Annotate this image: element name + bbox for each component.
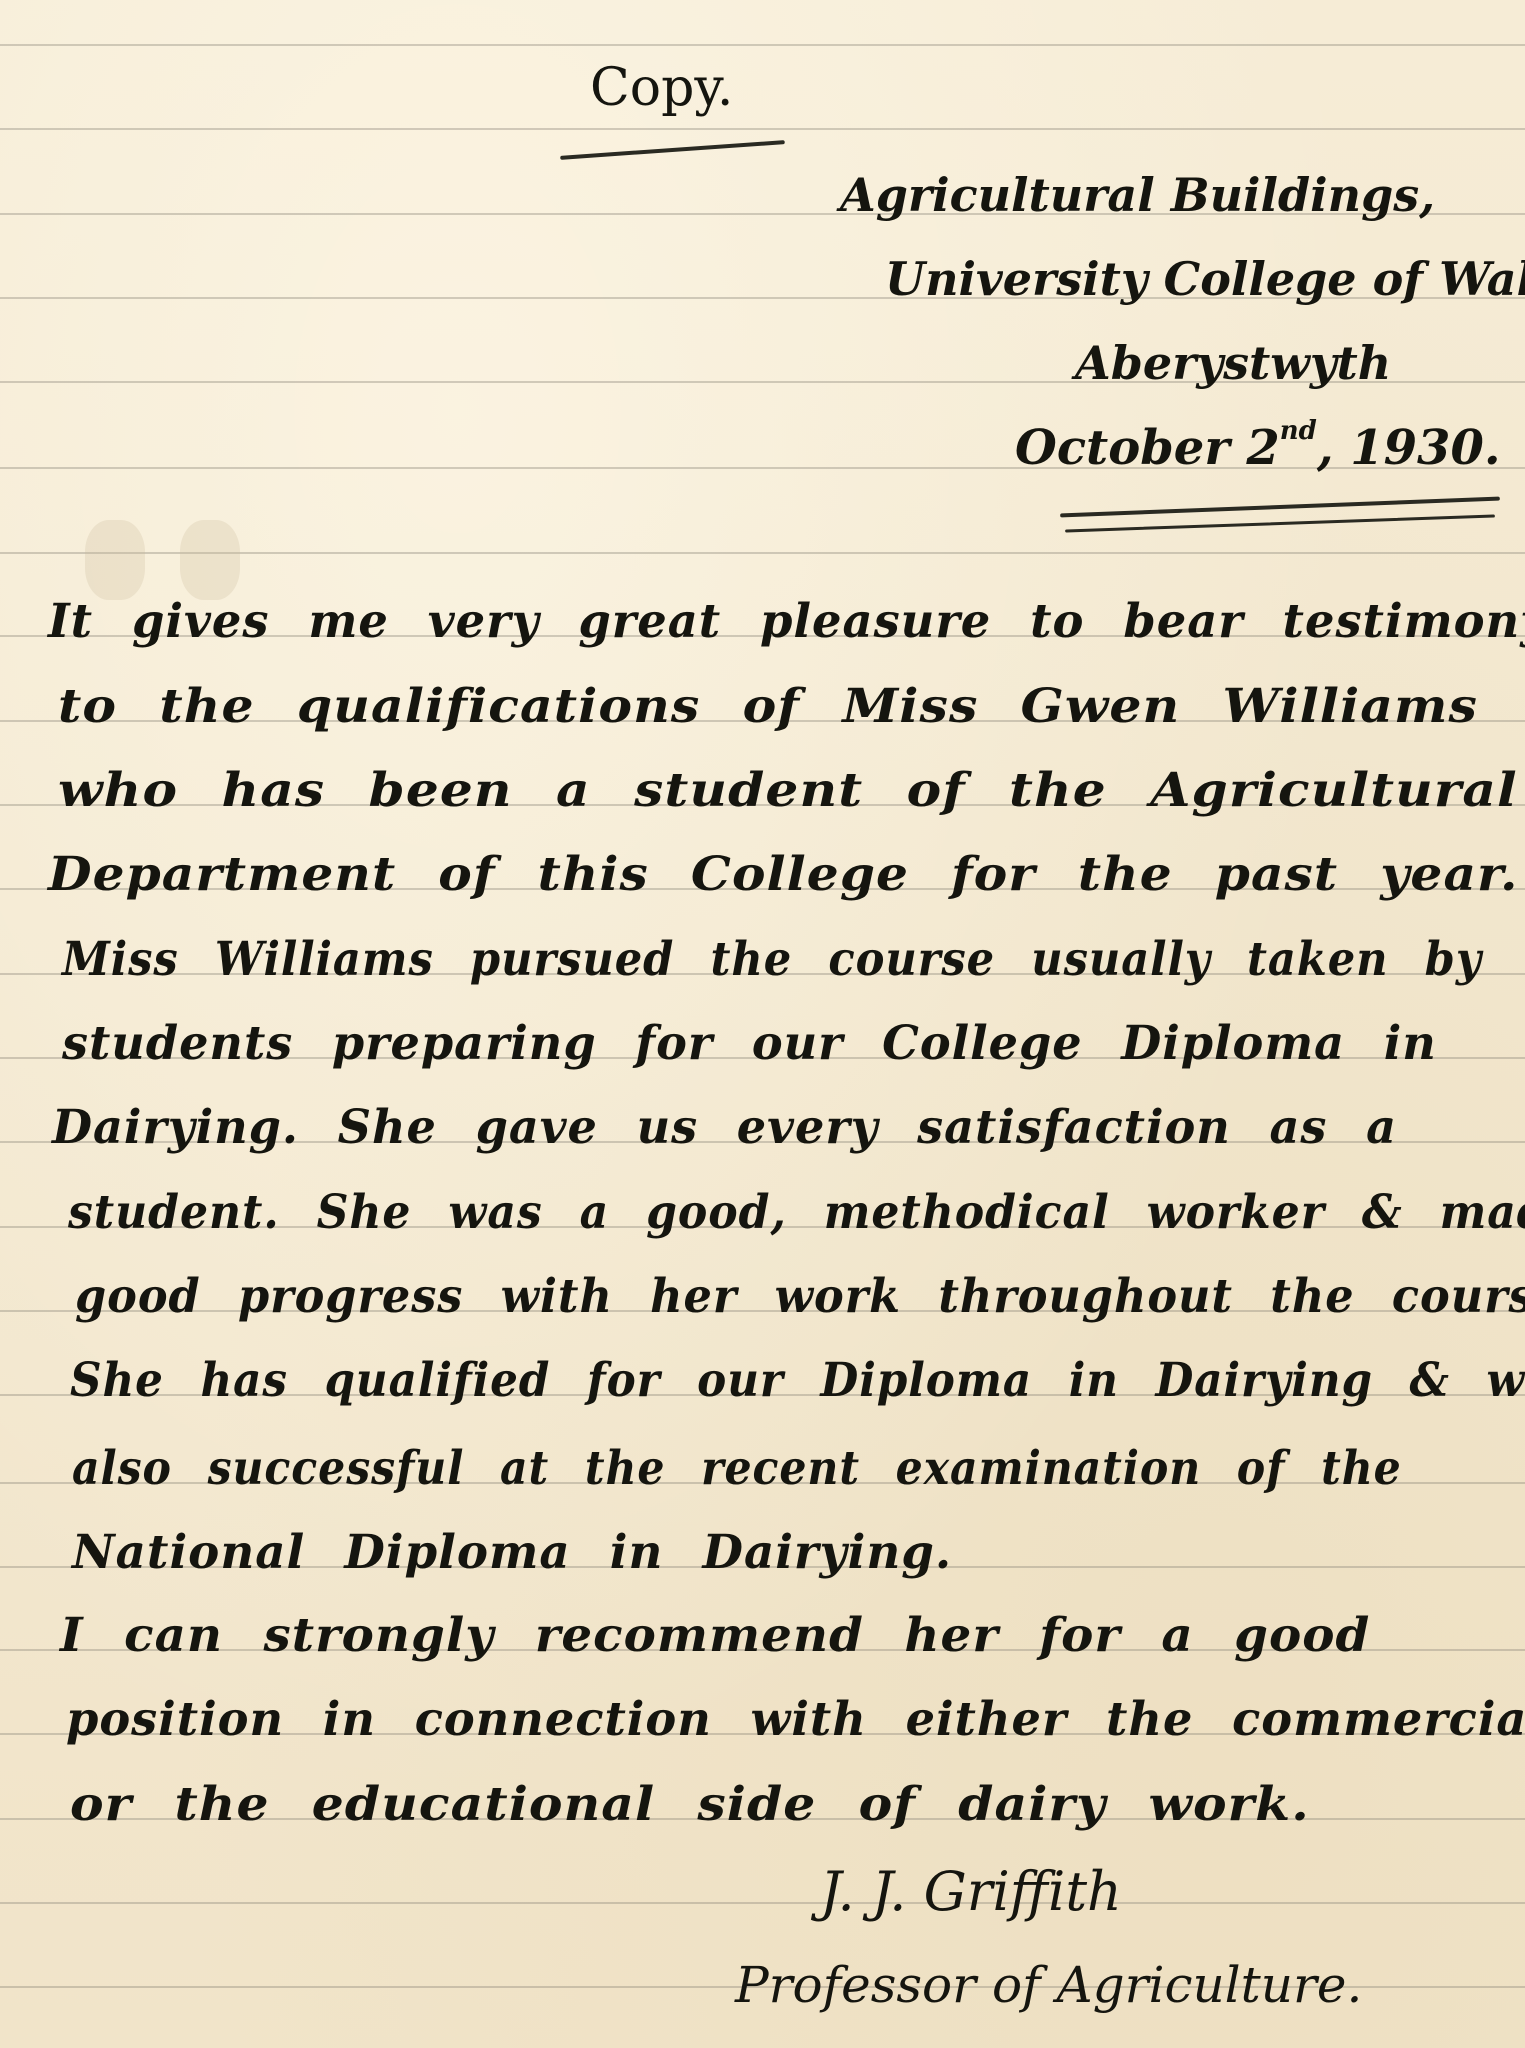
body-line: position in connection with either the c… bbox=[66, 1696, 1525, 1743]
date-underline-2 bbox=[1065, 514, 1495, 532]
body-line: National Diploma in Dairying. bbox=[72, 1529, 952, 1576]
date-prefix: October 2 bbox=[1015, 420, 1280, 476]
body-line: good progress with her work throughout t… bbox=[75, 1273, 1525, 1320]
signature: J. J. Griffith bbox=[820, 1865, 1122, 1919]
body-line: I can strongly recommend her for a good bbox=[60, 1612, 1370, 1659]
body-line: also successful at the recent examinatio… bbox=[72, 1445, 1402, 1492]
date-superscript: nd bbox=[1280, 416, 1317, 446]
body-line: students preparing for our College Diplo… bbox=[62, 1020, 1437, 1067]
ruled-line bbox=[0, 128, 1525, 130]
body-line: It gives me very great pleasure to bear … bbox=[48, 598, 1525, 645]
body-line: student. She was a good, methodical work… bbox=[68, 1189, 1525, 1236]
body-line: Dairying. She gave us every satisfaction… bbox=[52, 1104, 1397, 1151]
paper-crease bbox=[180, 520, 240, 600]
body-line: Miss Williams pursued the course usually… bbox=[62, 936, 1482, 983]
letter-page: Copy. Agricultural Buildings, University… bbox=[0, 0, 1525, 2048]
body-line: She has qualified for our Diploma in Dai… bbox=[70, 1357, 1525, 1404]
letter-date: October 2nd, 1930. bbox=[1015, 424, 1501, 472]
paper-crease bbox=[85, 520, 145, 600]
address-line-2: University College of Wales, bbox=[885, 256, 1525, 302]
body-line: or the educational side of dairy work. bbox=[70, 1781, 1310, 1828]
body-line: Department of this College for the past … bbox=[48, 851, 1519, 898]
copy-underline bbox=[560, 140, 785, 160]
date-suffix: , 1930. bbox=[1317, 420, 1501, 476]
ruled-line bbox=[0, 1902, 1525, 1904]
date-underline-1 bbox=[1060, 497, 1500, 518]
body-line: who has been a student of the Agricultur… bbox=[58, 767, 1518, 814]
address-line-1: Agricultural Buildings, bbox=[840, 172, 1435, 218]
signatory-title: Professor of Agriculture. bbox=[735, 1960, 1362, 2010]
copy-label: Copy. bbox=[590, 62, 733, 114]
body-line: to the qualifications of Miss Gwen Willi… bbox=[58, 683, 1478, 730]
address-line-3: Aberystwyth bbox=[1075, 340, 1391, 386]
ruled-line bbox=[0, 44, 1525, 46]
